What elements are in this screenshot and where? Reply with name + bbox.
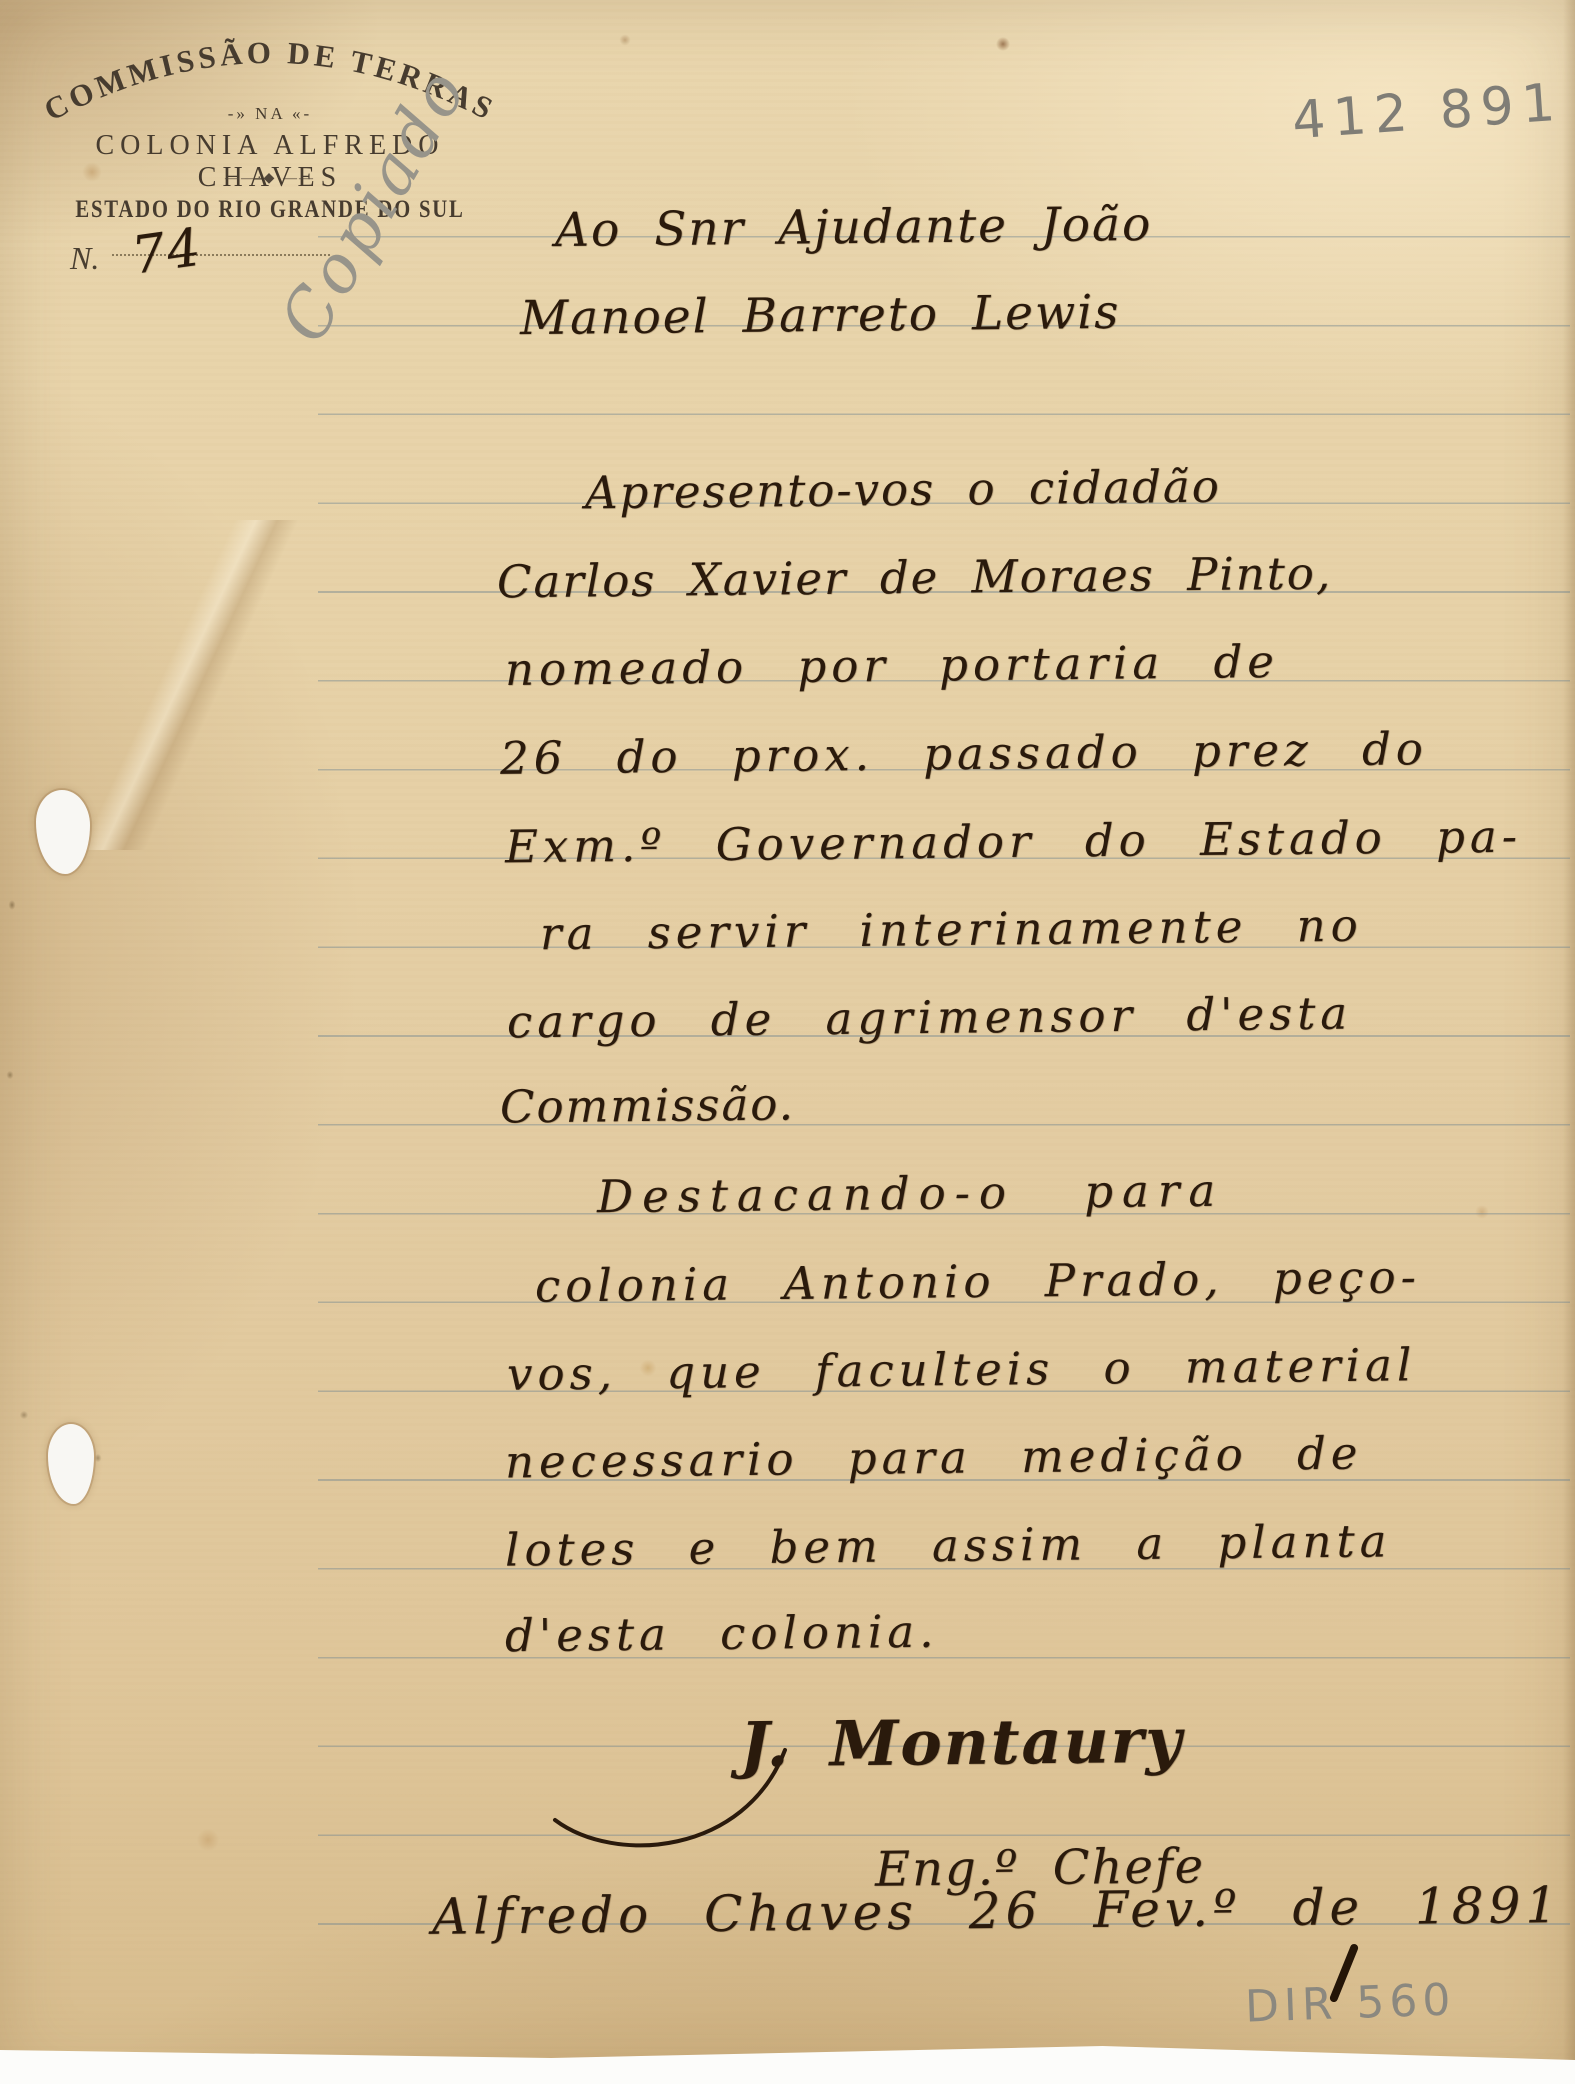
pencil-catalog-number: DIR 560	[1244, 1974, 1456, 2032]
handwriting-body-line: nomeado por portaria de	[505, 635, 1279, 696]
handwriting-body-line: 26 do prox. passado prez do	[500, 722, 1428, 785]
handwriting-body-line: Destacando-o para	[597, 1164, 1225, 1224]
dateline: Alfredo Chaves 26 Fev.º de 1891	[432, 1876, 1563, 1946]
handwriting-body-line: d'esta colonia.	[505, 1605, 939, 1663]
signature-name: J. Montaury	[740, 1704, 1184, 1782]
handwriting-body-line: Carlos Xavier de Moraes Pinto,	[497, 547, 1333, 609]
handwriting-body-line: Exm.º Governador do Estado pa-	[505, 810, 1522, 874]
handwriting-body-line: Apresento-vos o cidadão	[585, 460, 1221, 520]
handwriting-body-line: ra servir interinamente no	[540, 899, 1363, 961]
document-number-label: N.	[70, 240, 99, 277]
handwriting-body-line: lotes e bem assim a planta	[505, 1514, 1392, 1576]
scanned-letter-page: COMMISSÃO DE TERRAS -» NA «- COLONIA ALF…	[0, 0, 1575, 2084]
handwriting-salutation-line-1: Ao Snr Ajudante João	[555, 197, 1153, 258]
handwriting-body-line: colonia Antonio Prado, peço-	[535, 1250, 1421, 1312]
handwriting-body-line: necessario para medição de	[505, 1427, 1363, 1489]
document-number-value: 74	[128, 217, 206, 286]
handwriting-body-line: cargo de agrimensor d'esta	[507, 987, 1353, 1049]
handwriting-body-line: Commissão.	[500, 1077, 795, 1133]
handwriting-body-line: vos, que faculteis o material	[507, 1338, 1417, 1401]
handwriting-salutation-line-2: Manoel Barreto Lewis	[520, 285, 1121, 346]
